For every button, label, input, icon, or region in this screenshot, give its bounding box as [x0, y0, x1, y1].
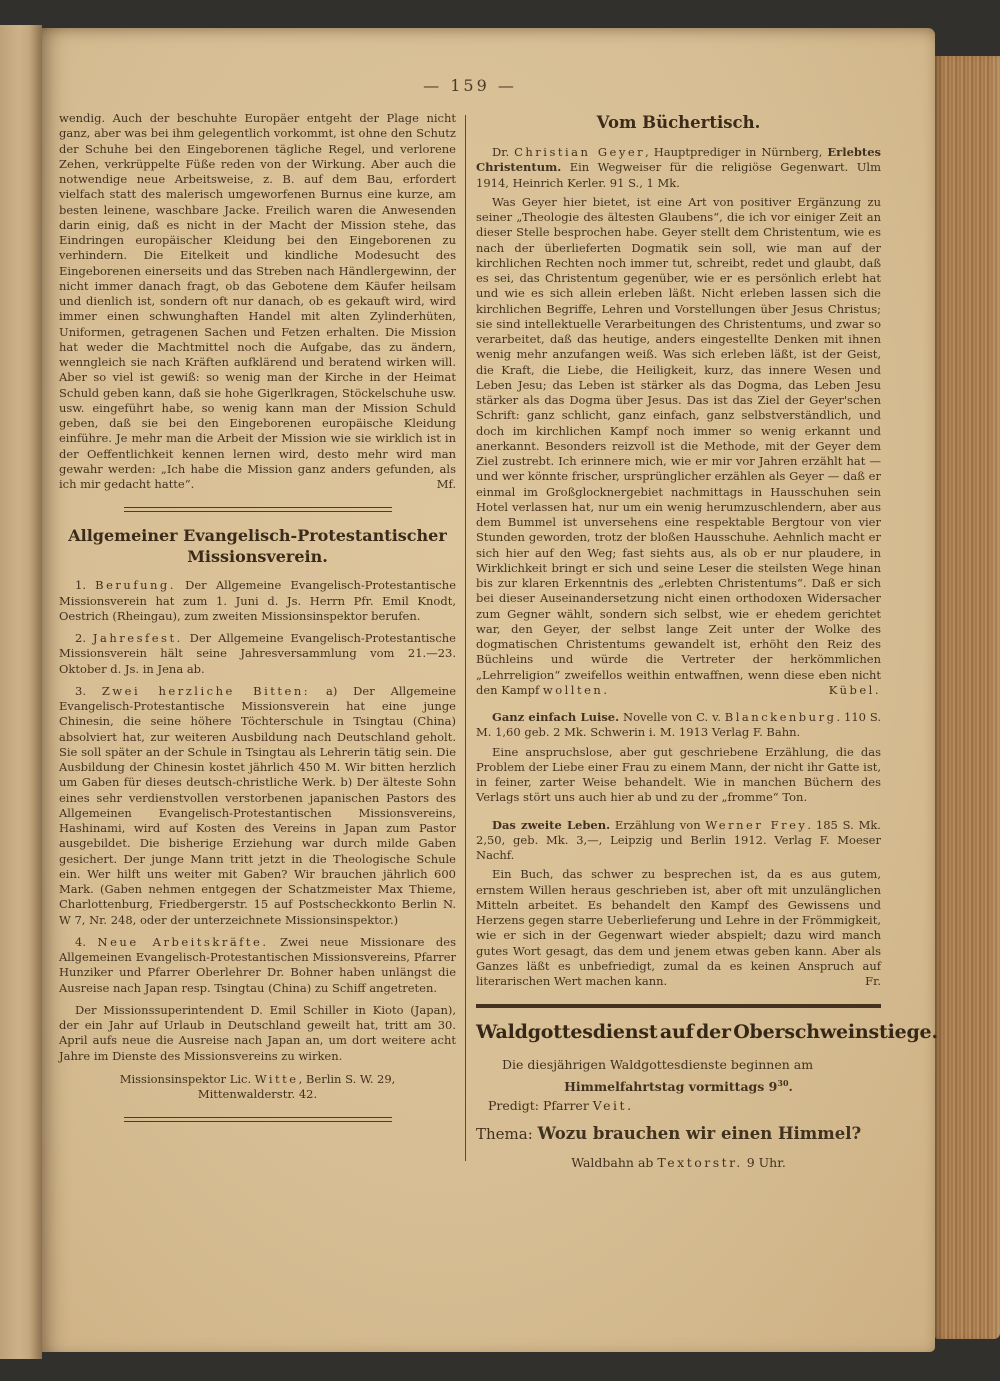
missionsverein-heading: Allgemeiner Evangelisch-Protestantischer… — [59, 525, 456, 567]
previous-page-edge — [0, 25, 42, 1359]
thema-title: Wozu brauchen wir einen Himmel? — [538, 1124, 862, 1143]
page-content: — 159 — wendig. Auch der beschuhte Europ… — [59, 76, 881, 1171]
two-column-layout: wendig. Auch der beschuhte Europäer entg… — [59, 111, 881, 1171]
missionsverein-heading-line2: Missionsverein. — [187, 547, 328, 566]
review1-body: Was Geyer hier bietet, ist eine Art von … — [476, 195, 881, 698]
review2-author: Blanckenburg — [725, 710, 837, 724]
signature-role: Missionsinspektor Lic. — [120, 1072, 255, 1086]
waldbahn-pre: Waldbahn ab — [571, 1155, 657, 1170]
missionsverein-heading-line1: Allgemeiner Evangelisch-Protestantischer — [68, 526, 447, 545]
column-end-rule — [124, 1117, 392, 1122]
review1-head-mid: , Hauptprediger in Nürnberg, — [645, 145, 827, 159]
mission-item-bitten: 3. Zwei herzliche Bitten: a) Der Allgeme… — [59, 684, 456, 928]
item-number: 2. — [75, 631, 93, 645]
review2-head-rest: Novelle von C. v. — [619, 710, 725, 724]
review1-emphasis: wollten — [543, 683, 603, 697]
review2-head: Ganz einfach Luise. Novelle von C. v. Bl… — [476, 710, 881, 741]
inspector-signature-line1: Missionsinspektor Lic. Witte, Berlin S. … — [59, 1072, 456, 1087]
review3-body-text: Ein Buch, das schwer zu besprechen ist, … — [476, 867, 881, 988]
mission-item-arbeitskraefte: 4. Neue Arbeitskräfte. Zwei neue Mission… — [59, 935, 456, 996]
waldbahn-time: 9 Uhr. — [743, 1155, 786, 1170]
predigt-pastor-name: Veit — [593, 1098, 627, 1113]
signature-city: , Berlin S. W. 29, — [299, 1072, 396, 1086]
wald-thema-line: Thema: Wozu brauchen wir einen Himmel? — [476, 1124, 881, 1144]
item-number: 4. — [75, 935, 98, 949]
waldgottesdienst-heading: Waldgottesdienst auf der Oberschweinstie… — [476, 1021, 881, 1043]
article-continuation: wendig. Auch der beschuhte Europäer entg… — [59, 111, 456, 492]
article-continuation-text: wendig. Auch der beschuhte Europäer entg… — [59, 111, 456, 491]
review3-body: Ein Buch, das schwer zu besprechen ist, … — [476, 867, 881, 989]
mission-item-berufung: 1. Berufung. Der Allgemeine Evangelisch-… — [59, 578, 456, 624]
review2-body: Eine anspruchslose, aber gut geschrieben… — [476, 745, 881, 806]
predigt-period: . — [627, 1098, 631, 1113]
review1-body-text: Was Geyer hier bietet, ist eine Art von … — [476, 195, 881, 697]
wald-line1: Die diesjährigen Waldgottesdienste begin… — [476, 1056, 881, 1073]
announcement-separator-rule — [476, 1004, 881, 1008]
review3-signature: Fr. — [849, 974, 881, 989]
book-fore-edge-pages — [935, 56, 1000, 1339]
wald-predigt-line: Predigt: Pfarrer Veit. — [476, 1097, 881, 1114]
item-title: Berufung. — [95, 578, 176, 592]
review3-head: Das zweite Leben. Erzählung von Werner F… — [476, 818, 881, 864]
wald-time-period: . — [789, 1079, 793, 1094]
wald-time-line: Himmelfahrtstag vormittags 930. — [476, 1075, 881, 1095]
waldbahn-street: Textorstr. — [657, 1155, 742, 1170]
item-number: 1. — [75, 578, 95, 592]
thema-label: Thema: — [476, 1125, 538, 1143]
item-title: Neue Arbeitskräfte. — [98, 935, 269, 949]
wald-final-line: Waldbahn ab Textorstr. 9 Uhr. — [476, 1154, 881, 1171]
inspector-signature-line2: Mittenwalderstr. 42. — [59, 1087, 456, 1102]
item-title: Zwei herzliche Bitten: — [102, 684, 310, 698]
review1-body-end: . — [603, 683, 607, 697]
review3-author: Werner Frey — [705, 818, 807, 832]
right-column: Vom Büchertisch. Dr. Christian Geyer, Ha… — [476, 111, 881, 1171]
left-column: wendig. Auch der beschuhte Europäer entg… — [59, 111, 456, 1171]
review3-head-rest: Erzählung von — [610, 818, 705, 832]
item-text: a) Der Allgemeine Evangelisch-Protestant… — [59, 684, 456, 927]
predigt-label: Predigt: Pfarrer — [488, 1098, 593, 1113]
review2-book-title: Ganz einfach Luise. — [492, 710, 619, 724]
signature-name: Witte — [255, 1072, 299, 1086]
review3-book-title: Das zweite Leben. — [492, 818, 610, 832]
review1-head: Dr. Christian Geyer, Hauptprediger in Nü… — [476, 145, 881, 191]
item-title: Jahresfest. — [93, 631, 183, 645]
article-signature: Mf. — [437, 477, 456, 492]
review1-author: Christian Geyer — [514, 145, 645, 159]
mission-item-jahresfest: 2. Jahresfest. Der Allgemeine Evangelisc… — [59, 631, 456, 677]
review1-head-pre: Dr. — [492, 145, 514, 159]
item-number: 3. — [75, 684, 102, 698]
review1-signature: Kübel. — [813, 683, 881, 698]
column-divider-rule — [465, 115, 466, 1161]
scanned-page: — 159 — wendig. Auch der beschuhte Europ… — [42, 28, 935, 1352]
page-number: — 159 — — [59, 76, 881, 95]
wald-time-text: Himmelfahrtstag vormittags 9 — [564, 1079, 777, 1094]
schiller-paragraph: Der Missionssuperintendent D. Emil Schil… — [59, 1003, 456, 1064]
buechertisch-heading: Vom Büchertisch. — [476, 113, 881, 133]
section-separator-rule — [124, 507, 392, 512]
wald-time-superscript: 30 — [777, 1078, 788, 1088]
scanned-book-photo: — 159 — wendig. Auch der beschuhte Europ… — [0, 0, 1000, 1381]
